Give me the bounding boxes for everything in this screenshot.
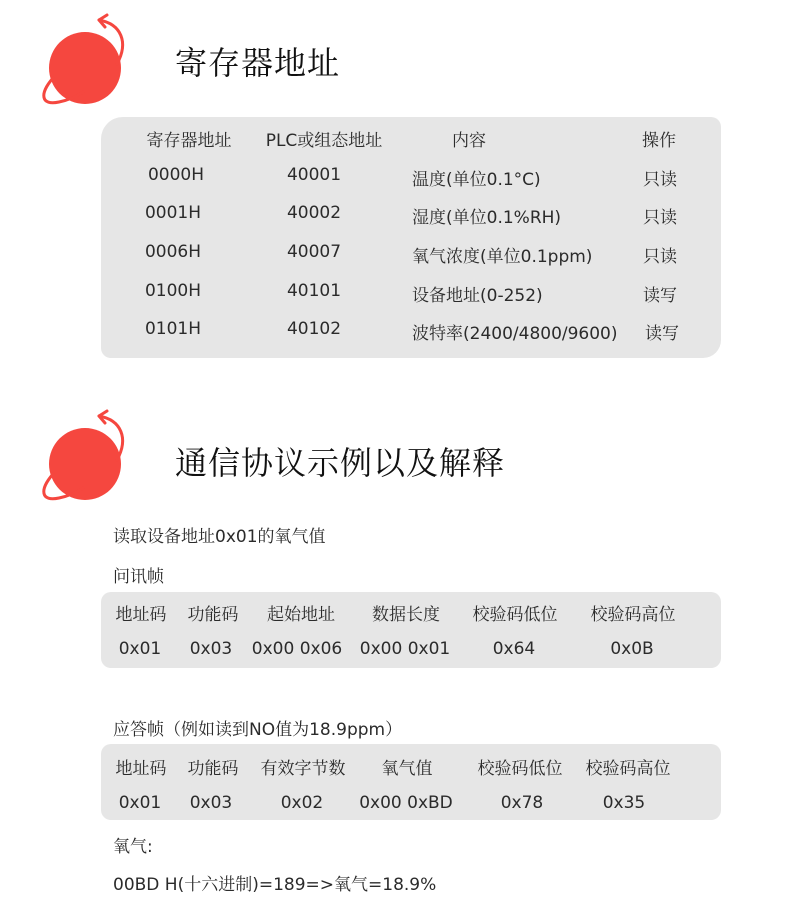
value-cell: 0x64 <box>493 639 536 659</box>
column-header: 功能码 <box>188 600 239 625</box>
plc-address-cell: 40001 <box>287 165 341 185</box>
column-header: 氧气值 <box>382 754 433 779</box>
column-header: 操作 <box>642 126 676 151</box>
planet-icon <box>33 408 133 508</box>
operation-cell: 只读 <box>643 242 677 267</box>
value-cell: 0x03 <box>190 639 233 659</box>
content-cell: 设备地址(0-252) <box>412 281 543 306</box>
column-header: 数据长度 <box>372 600 440 625</box>
column-header: 校验码低位 <box>473 600 558 625</box>
plc-address-cell: 40101 <box>287 281 341 301</box>
value-cell: 0x03 <box>190 793 233 813</box>
section-title: 通信协议示例以及解释 <box>175 438 505 484</box>
value-cell: 0x02 <box>281 793 324 813</box>
value-cell: 0x01 <box>119 639 162 659</box>
column-header: 内容 <box>452 126 486 151</box>
result-formula: 00BD H(十六进制)=189=>氧气=18.9% <box>113 870 436 895</box>
query-frame-table: 地址码 功能码 起始地址 数据长度 校验码低位 校验码高位 0x01 0x03 … <box>101 592 721 668</box>
column-header: 校验码高位 <box>586 754 671 779</box>
column-header: 地址码 <box>116 754 167 779</box>
column-header: 功能码 <box>188 754 239 779</box>
result-label: 氧气: <box>113 832 153 857</box>
intro-text: 读取设备地址0x01的氧气值 <box>113 522 326 547</box>
plc-address-cell: 40102 <box>287 319 341 339</box>
register-cell: 0000H <box>148 165 204 185</box>
plc-address-cell: 40002 <box>287 203 341 223</box>
column-header: 起始地址 <box>267 600 335 625</box>
query-frame-label: 问讯帧 <box>113 562 164 587</box>
planet-icon <box>33 12 133 112</box>
operation-cell: 只读 <box>643 203 677 228</box>
column-header: 校验码低位 <box>478 754 563 779</box>
plc-address-cell: 40007 <box>287 242 341 262</box>
column-header: 寄存器地址 <box>147 126 232 151</box>
column-header: PLC或组态地址 <box>266 126 383 151</box>
operation-cell: 读写 <box>645 319 679 344</box>
value-cell: 0x01 <box>119 793 162 813</box>
register-cell: 0101H <box>145 319 201 339</box>
response-frame-table: 地址码 功能码 有效字节数 氧气值 校验码低位 校验码高位 0x01 0x03 … <box>101 744 721 820</box>
content-cell: 温度(单位0.1°C) <box>412 165 541 190</box>
content-cell: 波特率(2400/4800/9600) <box>412 319 618 344</box>
value-cell: 0x35 <box>603 793 646 813</box>
section-title: 寄存器地址 <box>175 38 340 84</box>
response-frame-label: 应答帧（例如读到NO值为18.9ppm） <box>113 715 402 740</box>
column-header: 有效字节数 <box>261 754 346 779</box>
value-cell: 0x00 0x06 <box>252 639 342 659</box>
value-cell: 0x00 0xBD <box>359 793 453 813</box>
operation-cell: 只读 <box>643 165 677 190</box>
register-table: 寄存器地址 PLC或组态地址 内容 操作 0000H 40001 温度(单位0.… <box>101 117 721 358</box>
register-cell: 0001H <box>145 203 201 223</box>
content-cell: 氧气浓度(单位0.1ppm) <box>412 242 592 267</box>
register-cell: 0006H <box>145 242 201 262</box>
column-header: 地址码 <box>116 600 167 625</box>
operation-cell: 读写 <box>643 281 677 306</box>
value-cell: 0x00 0x01 <box>360 639 450 659</box>
value-cell: 0x78 <box>501 793 544 813</box>
register-cell: 0100H <box>145 281 201 301</box>
content-cell: 湿度(单位0.1%RH) <box>412 203 561 228</box>
value-cell: 0x0B <box>610 639 653 659</box>
column-header: 校验码高位 <box>591 600 676 625</box>
